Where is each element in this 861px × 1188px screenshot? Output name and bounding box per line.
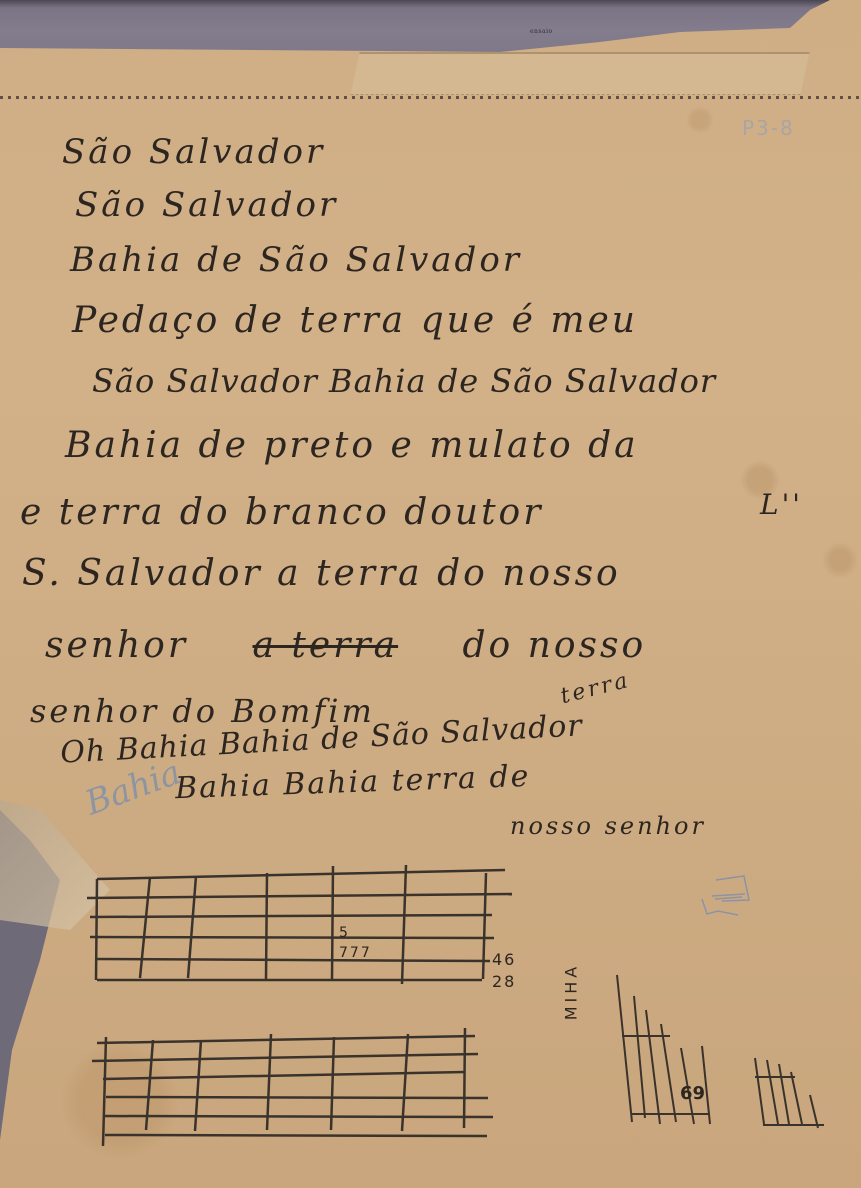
fret-number-lower: 777 (339, 945, 372, 961)
fret-number-upper: 5 (339, 926, 348, 940)
chord-diagram-1 (87, 865, 512, 984)
chord-diagrams (0, 0, 861, 1188)
pencil-bracket-mark (702, 876, 749, 915)
finger-number: 69 (680, 1083, 705, 1104)
side-number-lower: 28 (492, 972, 516, 991)
vertical-label: MIHA (561, 963, 580, 1021)
chord-diagram-4 (755, 1058, 824, 1128)
chord-diagram-2 (92, 1028, 493, 1146)
side-number-upper: 46 (492, 950, 516, 969)
